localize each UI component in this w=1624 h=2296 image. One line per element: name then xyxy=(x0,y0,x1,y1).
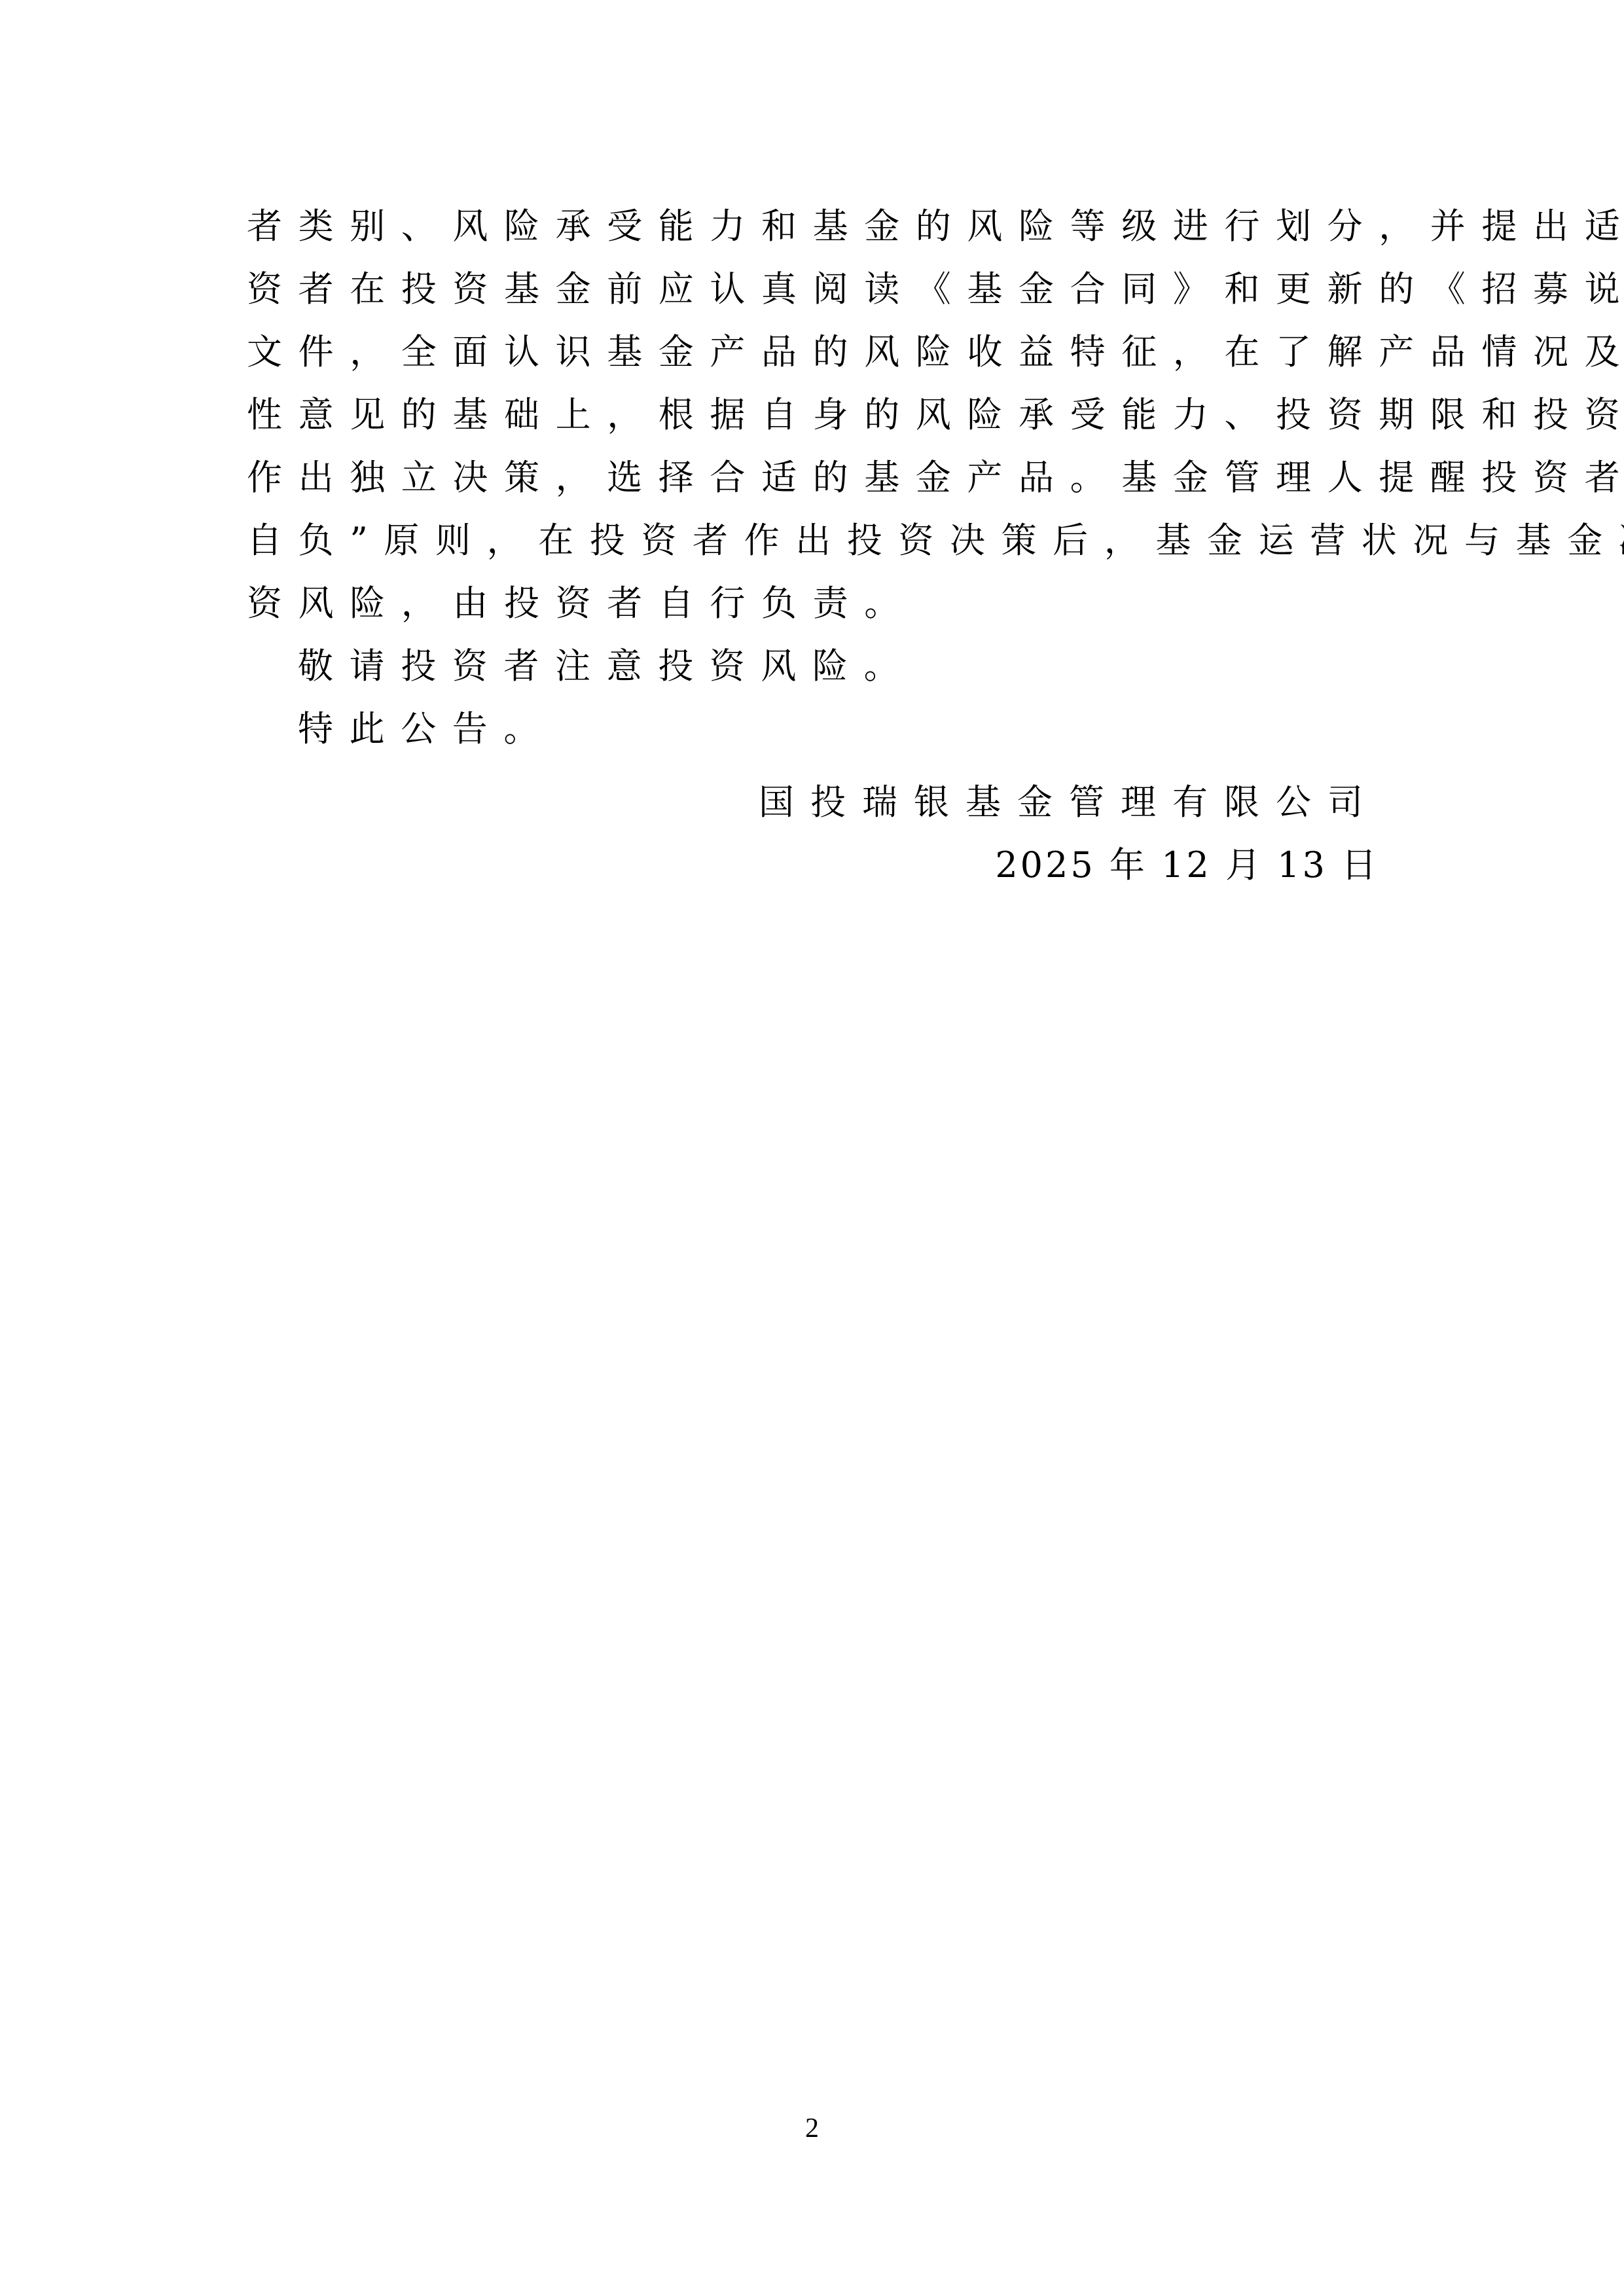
paragraph-line: 性意见的基础上，根据自身的风险承受能力、投资期限和投资目标，对基金投资 xyxy=(247,391,1379,454)
paragraph-line: 资风险，由投资者自行负责。 xyxy=(247,580,1379,643)
risk-reminder: 敬请投资者注意投资风险。 xyxy=(247,643,1379,706)
document-page: 者类别、风险承受能力和基金的风险等级进行划分，并提出适当性匹配意见。投 资者在投… xyxy=(0,0,1624,2296)
paragraph-line: 文件，全面认识基金产品的风险收益特征，在了解产品情况及听取销售机构适当 xyxy=(247,329,1379,391)
announcement-closing: 特此公告。 xyxy=(247,706,1379,768)
paragraph-line: 资者在投资基金前应认真阅读《基金合同》和更新的《招募说明书》等基金法律 xyxy=(247,266,1379,329)
signature-date: 2025 年 12 月 13 日 xyxy=(995,842,1379,889)
page-number: 2 xyxy=(0,2113,1624,2144)
paragraph-line: 作出独立决策，选择合适的基金产品。基金管理人提醒投资者基金投资的“买者 xyxy=(247,454,1379,517)
paragraph-line: 者类别、风险承受能力和基金的风险等级进行划分，并提出适当性匹配意见。投 xyxy=(247,203,1379,266)
signature-company: 国投瑞银基金管理有限公司 xyxy=(759,779,1379,826)
announcement-body: 者类别、风险承受能力和基金的风险等级进行划分，并提出适当性匹配意见。投 资者在投… xyxy=(247,203,1379,768)
paragraph-line: 自负”原则，在投资者作出投资决策后，基金运营状况与基金净值变化引致的投 xyxy=(247,517,1379,580)
